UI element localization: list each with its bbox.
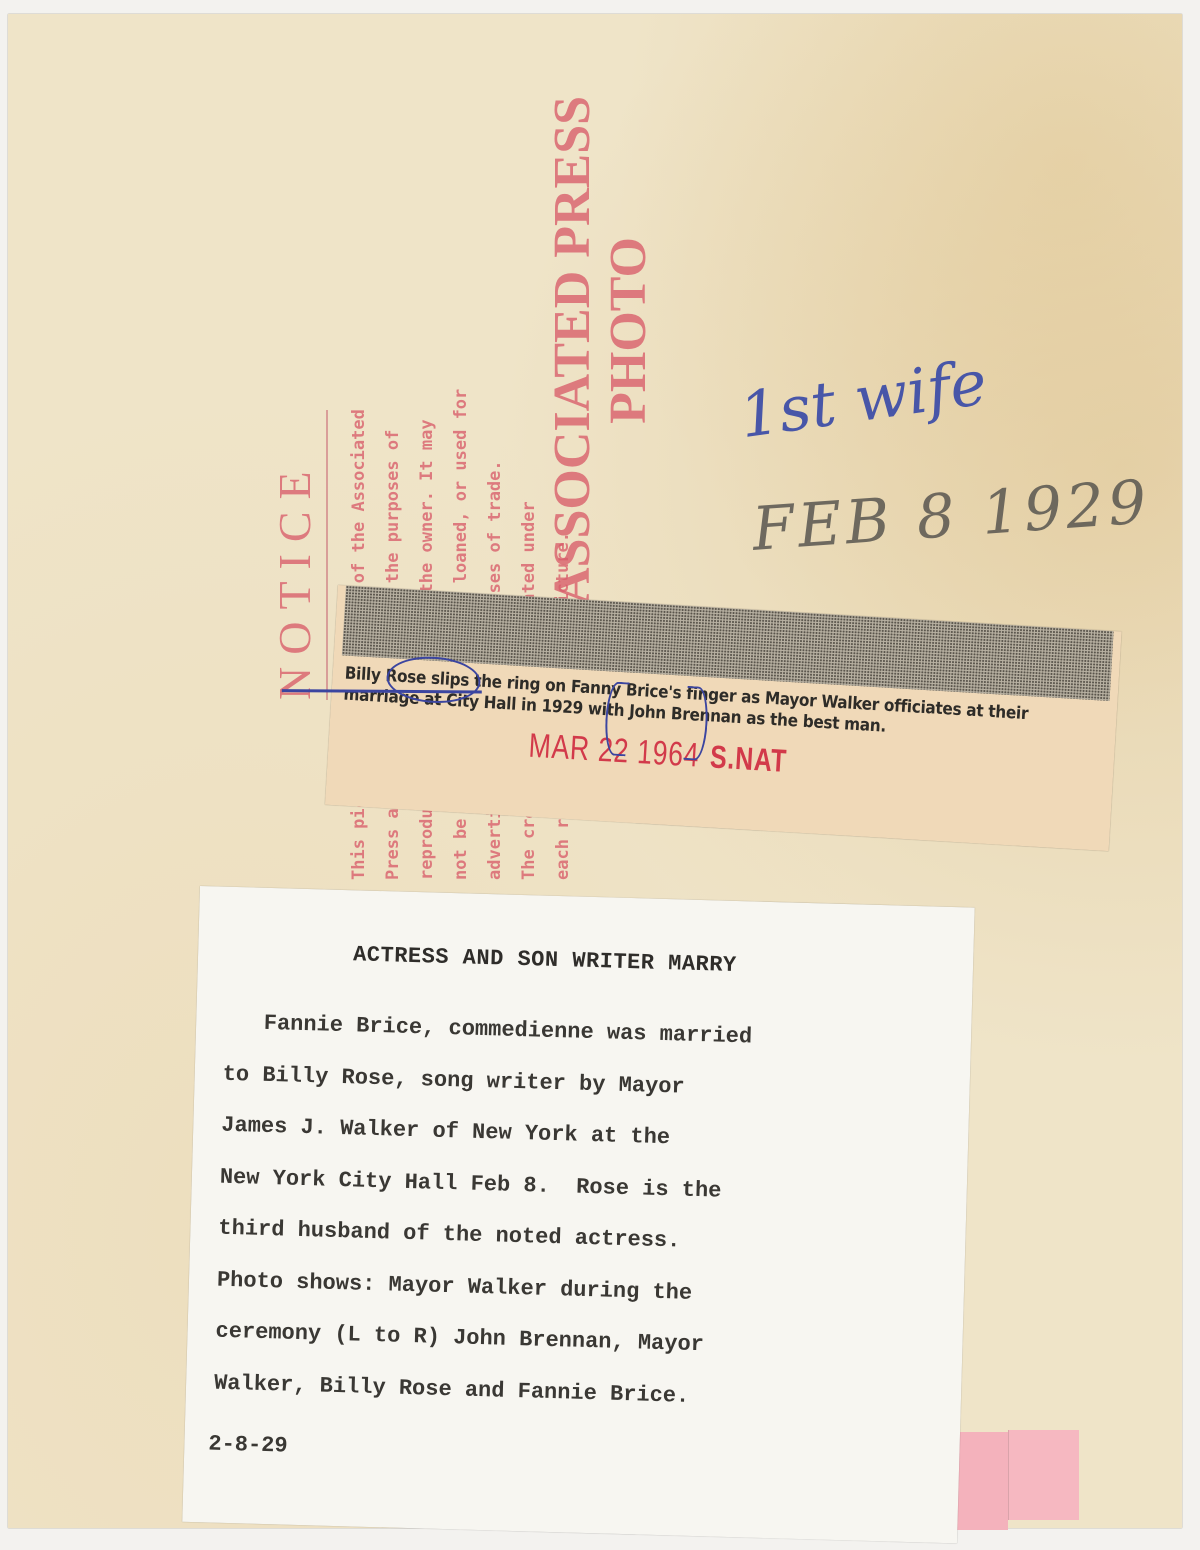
agency-photo-label: PHOTO xyxy=(601,96,657,605)
clipping-date-stamp: MAR 22 1964S.NAT xyxy=(528,727,788,781)
pink-paper-tab xyxy=(1008,1430,1079,1520)
caption-date: 2-8-29 xyxy=(208,1431,288,1458)
agency-stamp: ASSOCIATED PRESS PHOTO xyxy=(545,96,657,605)
newspaper-clipping: Billy Rose slips the ring on Fanny Brice… xyxy=(325,585,1122,851)
agency-name: ASSOCIATED PRESS xyxy=(545,96,601,605)
clipping-date-suffix: S.NAT xyxy=(709,738,788,778)
stamp-divider xyxy=(326,410,328,700)
caption-title: ACTRESS AND SON WRITER MARRY xyxy=(353,942,737,978)
caption-body: Fannie Brice, commedienne was marriedto … xyxy=(213,997,954,1429)
notice-heading: NOTICE xyxy=(268,459,321,700)
typed-caption-card: ACTRESS AND SON WRITER MARRY Fannie Bric… xyxy=(182,886,974,1543)
